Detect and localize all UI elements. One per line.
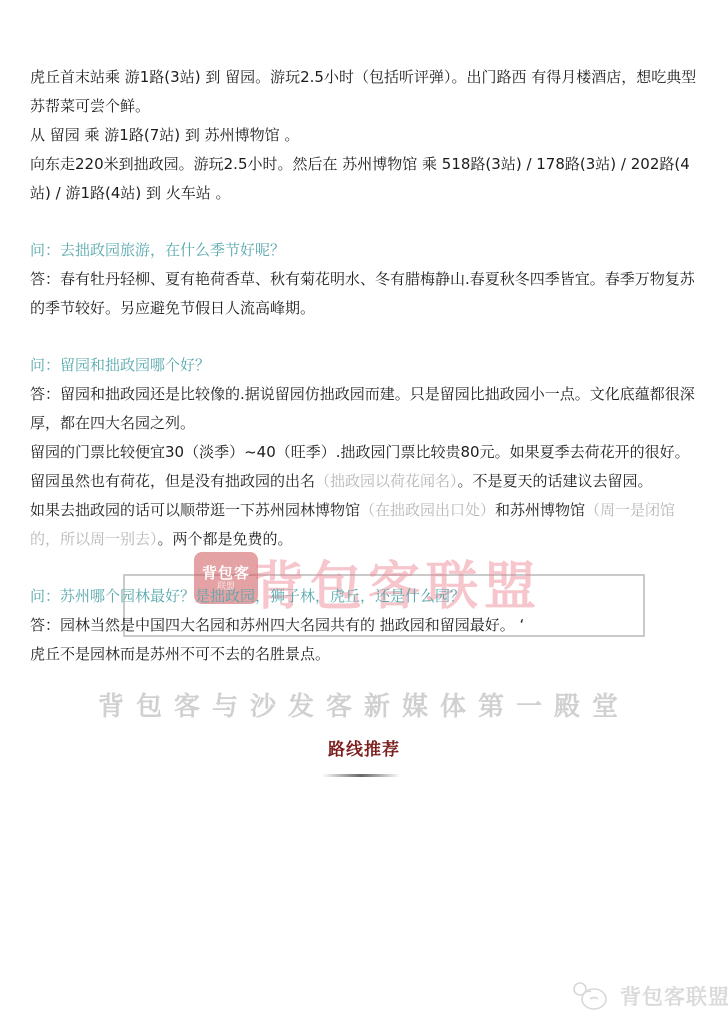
question-line: 问：苏州哪个园林最好？是拙政园，狮子林，虎丘，还是什么园？ [30,582,700,611]
text-segment: 如果去拙政园的话可以顺带逛一下苏州园林博物馆 [30,501,360,519]
paragraph: 从 留园 乘 游1路(7站) 到 苏州博物馆 。 [30,121,700,150]
text-segment: 向东走220米到拙政园。游玩2.5小时。然后在 苏州博物馆 乘 518路(3站)… [30,155,690,202]
paragraph: 答：春有牡丹轻柳、夏有艳荷香草、秋有菊花明水、冬有腊梅静山.春夏秋冬四季皆宜。春… [30,265,700,323]
text-segment: 问：去拙政园旅游，在什么季节好呢？ [30,241,285,259]
text-segment: 问：苏州哪个园林最好？是拙政园，狮子林，虎丘，还是什么园？ [30,587,465,605]
muted-note: （拙政园以荷花闻名） [315,472,458,490]
text-segment: 答：春有牡丹轻柳、夏有艳荷香草、秋有菊花明水、冬有腊梅静山.春夏秋冬四季皆宜。春… [30,270,695,317]
section-divider [322,774,400,777]
text-segment: 。不是夏天的话建议去留园。 [458,472,653,490]
muted-note: （在拙政园出口处） [360,501,495,519]
text-segment: 答：园林当然是中国四大名园和苏州四大名园共有的 拙政园和留园最好。 ‘ [30,616,524,634]
text-segment: 虎丘首末站乘 游1路(3站) 到 留园。游玩2.5小时（包括听评弹）。出门路西 … [30,68,696,115]
paragraph: 向东走220米到拙政园。游玩2.5小时。然后在 苏州博物馆 乘 518路(3站)… [30,150,700,208]
paragraph: 答：留园和拙政园还是比较像的.据说留园仿拙政园而建。只是留园比拙政园小一点。文化… [30,380,700,438]
paragraph: 虎丘不是园林而是苏州不可不去的名胜景点。 [30,640,700,669]
paragraph: 留园的门票比较便宜30（淡季）~40（旺季）.拙政园门票比较贵80元。如果夏季去… [30,438,700,496]
text-segment: 。两个都是免费的。 [158,530,293,548]
paragraph: 虎丘首末站乘 游1路(3站) 到 留园。游玩2.5小时（包括听评弹）。出门路西 … [30,63,700,121]
text-segment: 和苏州博物馆 [495,501,585,519]
question-line: 问：留园和拙政园哪个好？ [30,351,700,380]
page-root: { "colors": { "body_text": "#1c1c1c", "q… [0,0,728,1029]
footer-brand: 背包客联盟 [570,980,728,1012]
paragraph: 答：园林当然是中国四大名园和苏州四大名园共有的 拙政园和留园最好。 ‘ [30,611,700,640]
paragraph: 如果去拙政园的话可以顺带逛一下苏州园林博物馆（在拙政园出口处）和苏州博物馆（周一… [30,496,700,554]
text-segment: 问：留园和拙政园哪个好？ [30,356,210,374]
text-segment: 虎丘不是园林而是苏州不可不去的名胜景点。 [30,645,330,663]
article-body: 虎丘首末站乘 游1路(3站) 到 留园。游玩2.5小时（包括听评弹）。出门路西 … [30,63,700,669]
route-section-title: 路线推荐 [0,735,728,760]
text-segment: 从 留园 乘 游1路(7站) 到 苏州博物馆 。 [30,126,299,144]
footer-brand-text: 背包客联盟 [620,981,728,1011]
text-segment: 答：留园和拙政园还是比较像的.据说留园仿拙政园而建。只是留园比拙政园小一点。文化… [30,385,695,432]
banner-watermark: 背包客与沙发客新媒体第一殿堂 [0,686,728,723]
question-line: 问：去拙政园旅游，在什么季节好呢？ [30,236,700,265]
backpacker-logo-icon [570,980,610,1012]
